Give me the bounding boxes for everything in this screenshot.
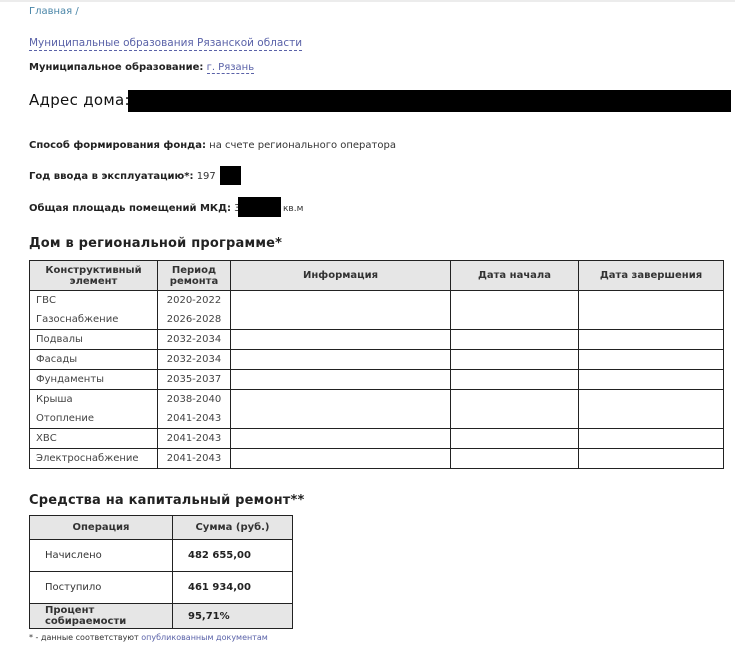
program-title: Дом в региональной программе*	[29, 236, 282, 251]
municipality-label: Муниципальное образование:	[29, 62, 203, 73]
area-field: Общая площадь помещений МКД: 3	[29, 203, 241, 214]
program-row: Подвалы2032-2034	[30, 330, 724, 350]
sum: 482 655,00	[173, 540, 293, 572]
start-date-cell	[451, 390, 579, 429]
address-redacted	[128, 90, 731, 112]
end-date-cell	[579, 330, 724, 350]
period-cell: 2041-2043	[158, 429, 231, 449]
fund-method-label: Способ формирования фонда:	[29, 140, 206, 151]
start-date-cell	[451, 449, 579, 469]
municipality-link[interactable]: г. Рязань	[207, 62, 255, 74]
info-cell	[231, 350, 451, 370]
funds-row: Поступило 461 934,00	[30, 572, 293, 604]
element-name: ХВС	[36, 429, 151, 448]
col-period: Период ремонта	[158, 261, 231, 291]
info-cell	[231, 449, 451, 469]
end-date-cell	[579, 449, 724, 469]
element-name: Газоснабжение	[36, 310, 151, 329]
info-cell	[231, 390, 451, 429]
period-cell: 2032-2034	[158, 350, 231, 370]
col-sum: Сумма (руб.)	[173, 516, 293, 540]
repair-period: 2041-2043	[164, 409, 224, 428]
funds-total-row: Процент собираемости 95,71%	[30, 604, 293, 629]
total-value: 95,71%	[173, 604, 293, 629]
repair-period: 2032-2034	[164, 350, 224, 369]
year-value: 197	[197, 171, 216, 182]
published-documents-link[interactable]: опубликованным документам	[141, 633, 268, 642]
year-label: Год ввода в эксплуатацию*:	[29, 171, 194, 182]
col-element: Конструктивный элемент	[30, 261, 158, 291]
repair-period: 2041-2043	[164, 429, 224, 448]
element-cell: Фасады	[30, 350, 158, 370]
element-cell: ГВСГазоснабжение	[30, 291, 158, 330]
start-date-cell	[451, 291, 579, 330]
col-operation: Операция	[30, 516, 173, 540]
element-name: ГВС	[36, 291, 151, 310]
total-label: Процент собираемости	[30, 604, 173, 629]
sum: 461 934,00	[173, 572, 293, 604]
breadcrumb-home-link[interactable]: Главная /	[29, 6, 79, 17]
period-cell: 2020-20222026-2028	[158, 291, 231, 330]
info-cell	[231, 429, 451, 449]
operation: Поступило	[30, 572, 173, 604]
period-cell: 2035-2037	[158, 370, 231, 390]
period-cell: 2038-20402041-2043	[158, 390, 231, 429]
area-label: Общая площадь помещений МКД:	[29, 203, 231, 214]
info-cell	[231, 370, 451, 390]
element-name: Крыша	[36, 390, 151, 409]
area-unit: кв.м	[283, 204, 303, 214]
operation: Начислено	[30, 540, 173, 572]
element-name: Отопление	[36, 409, 151, 428]
element-cell: Электроснабжение	[30, 449, 158, 469]
col-start: Дата начала	[451, 261, 579, 291]
info-cell	[231, 291, 451, 330]
funds-table: Операция Сумма (руб.) Начислено 482 655,…	[29, 515, 293, 629]
fund-method-field: Способ формирования фонда: на счете реги…	[29, 140, 396, 151]
year-field: Год ввода в эксплуатацию*: 197	[29, 171, 216, 182]
program-row: КрышаОтопление2038-20402041-2043	[30, 390, 724, 429]
area-redacted	[238, 197, 281, 217]
repair-period: 2032-2034	[164, 330, 224, 349]
element-cell: ХВС	[30, 429, 158, 449]
period-cell: 2032-2034	[158, 330, 231, 350]
end-date-cell	[579, 350, 724, 370]
program-header-row: Конструктивный элемент Период ремонта Ин…	[30, 261, 724, 291]
footnote: * - данные соответствуют опубликованным …	[29, 633, 268, 642]
program-row: Фасады2032-2034	[30, 350, 724, 370]
repair-period: 2038-2040	[164, 390, 224, 409]
element-name: Фасады	[36, 350, 151, 369]
col-info: Информация	[231, 261, 451, 291]
start-date-cell	[451, 330, 579, 350]
end-date-cell	[579, 390, 724, 429]
end-date-cell	[579, 429, 724, 449]
end-date-cell	[579, 291, 724, 330]
repair-period: 2035-2037	[164, 370, 224, 389]
program-row: Фундаменты2035-2037	[30, 370, 724, 390]
start-date-cell	[451, 370, 579, 390]
region-municipalities-link[interactable]: Муниципальные образования Рязанской обла…	[29, 37, 302, 51]
element-cell: КрышаОтопление	[30, 390, 158, 429]
fund-method-value: на счете регионального оператора	[209, 140, 396, 151]
start-date-cell	[451, 350, 579, 370]
element-name: Подвалы	[36, 330, 151, 349]
address-label: Адрес дома:	[29, 91, 130, 109]
end-date-cell	[579, 370, 724, 390]
start-date-cell	[451, 429, 579, 449]
period-cell: 2041-2043	[158, 449, 231, 469]
funds-header-row: Операция Сумма (руб.)	[30, 516, 293, 540]
element-cell: Фундаменты	[30, 370, 158, 390]
program-row: Электроснабжение2041-2043	[30, 449, 724, 469]
top-shadow	[0, 0, 735, 2]
info-cell	[231, 330, 451, 350]
element-cell: Подвалы	[30, 330, 158, 350]
municipality-field: Муниципальное образование: г. Рязань	[29, 62, 254, 73]
year-redacted	[220, 166, 241, 185]
funds-title: Средства на капитальный ремонт**	[29, 493, 305, 508]
program-row: ГВСГазоснабжение2020-20222026-2028	[30, 291, 724, 330]
footnote-text: * - данные соответствуют	[29, 633, 141, 642]
repair-period: 2026-2028	[164, 310, 224, 329]
repair-period: 2020-2022	[164, 291, 224, 310]
funds-row: Начислено 482 655,00	[30, 540, 293, 572]
program-row: ХВС2041-2043	[30, 429, 724, 449]
col-end: Дата завершения	[579, 261, 724, 291]
element-name: Электроснабжение	[36, 449, 151, 468]
repair-period: 2041-2043	[164, 449, 224, 468]
element-name: Фундаменты	[36, 370, 151, 389]
program-table: Конструктивный элемент Период ремонта Ин…	[29, 260, 724, 469]
